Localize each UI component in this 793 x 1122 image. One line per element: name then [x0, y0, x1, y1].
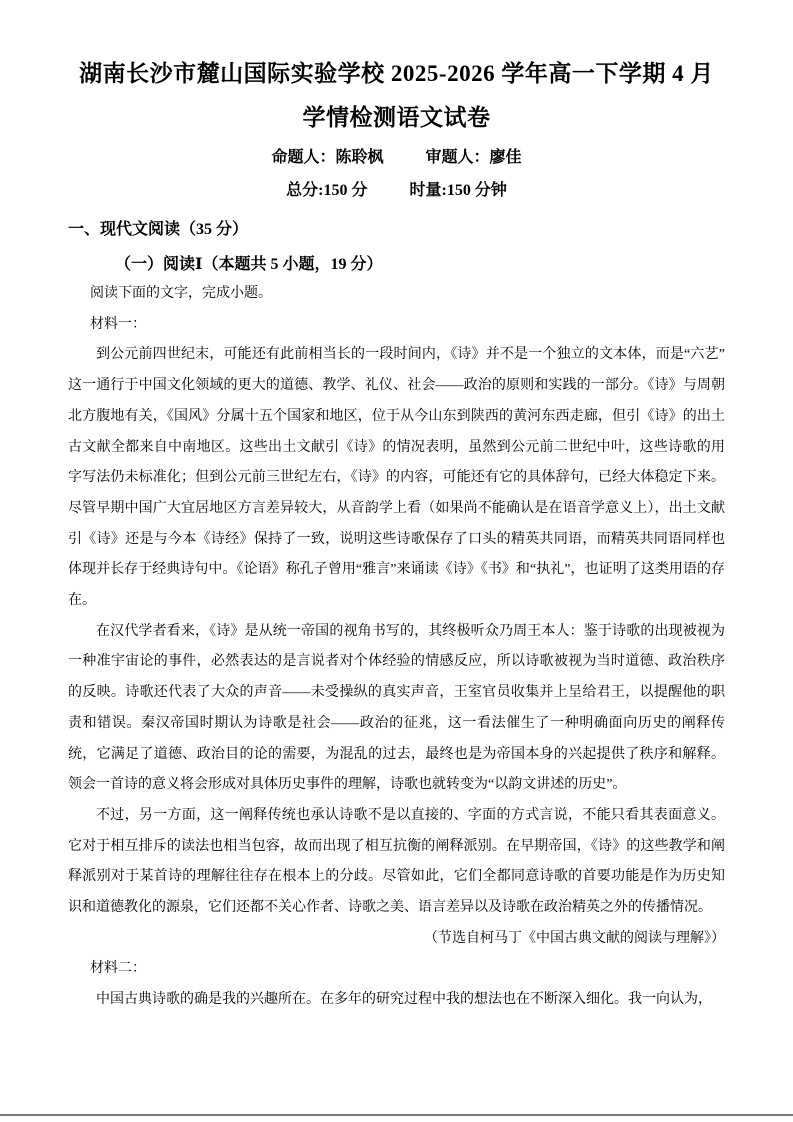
exam-paper-page: 湖南长沙市麓山国际实验学校 2025-2026 学年高一下学期 4 月学情检测语… — [0, 0, 793, 1122]
exam-paper-content: 湖南长沙市麓山国际实验学校 2025-2026 学年高一下学期 4 月学情检测语… — [0, 0, 793, 1016]
material-1-paragraph: 不过，另一方面，这一阐释传统也承认诗歌不是以直接的、字面的方式言说，不能只看其表… — [68, 801, 725, 924]
exam-duration: 时量:150 分钟 — [410, 179, 507, 203]
material-1-paragraph: 在汉代学者看来，《诗》是从统一帝国的视角书写的，其终极听众乃周王本人：鉴于诗歌的… — [68, 617, 725, 801]
material-2-paragraph: 中国古典诗歌的确是我的兴趣所在。在多年的研究过程中我的想法也在不断深入细化。我一… — [68, 985, 725, 1016]
reading-instruction: 阅读下面的文字，完成小题。 — [68, 279, 725, 310]
exam-meta-people: 命题人：陈聆枫 审题人：廖佳 — [68, 146, 725, 170]
exam-total-score: 总分:150 分 — [286, 179, 367, 203]
material-1-label: 材料一： — [68, 310, 725, 341]
exam-setter: 命题人：陈聆枫 — [271, 146, 383, 170]
exam-reviewer: 审题人：廖佳 — [426, 146, 522, 170]
subsection-heading-reading-1: （一）阅读Ⅰ（本题共 5 小题，19 分） — [68, 253, 725, 277]
page-bottom-divider — [0, 1114, 793, 1116]
exam-meta-scoring: 总分:150 分 时量:150 分钟 — [68, 179, 725, 203]
section-heading-modern-reading: 一、现代文阅读（35 分） — [68, 218, 725, 242]
page-title: 湖南长沙市麓山国际实验学校 2025-2026 学年高一下学期 4 月学情检测语… — [68, 52, 725, 140]
material-1-source-attribution: （节选自柯马丁《中国古典文献的阅读与理解》） — [68, 924, 725, 955]
material-2-label: 材料二： — [68, 954, 725, 985]
material-1-paragraph: 到公元前四世纪末，可能还有此前相当长的一段时间内，《诗》并不是一个独立的文本体，… — [68, 340, 725, 616]
reading-passage: 阅读下面的文字，完成小题。 材料一： 到公元前四世纪末，可能还有此前相当长的一段… — [68, 279, 725, 1016]
